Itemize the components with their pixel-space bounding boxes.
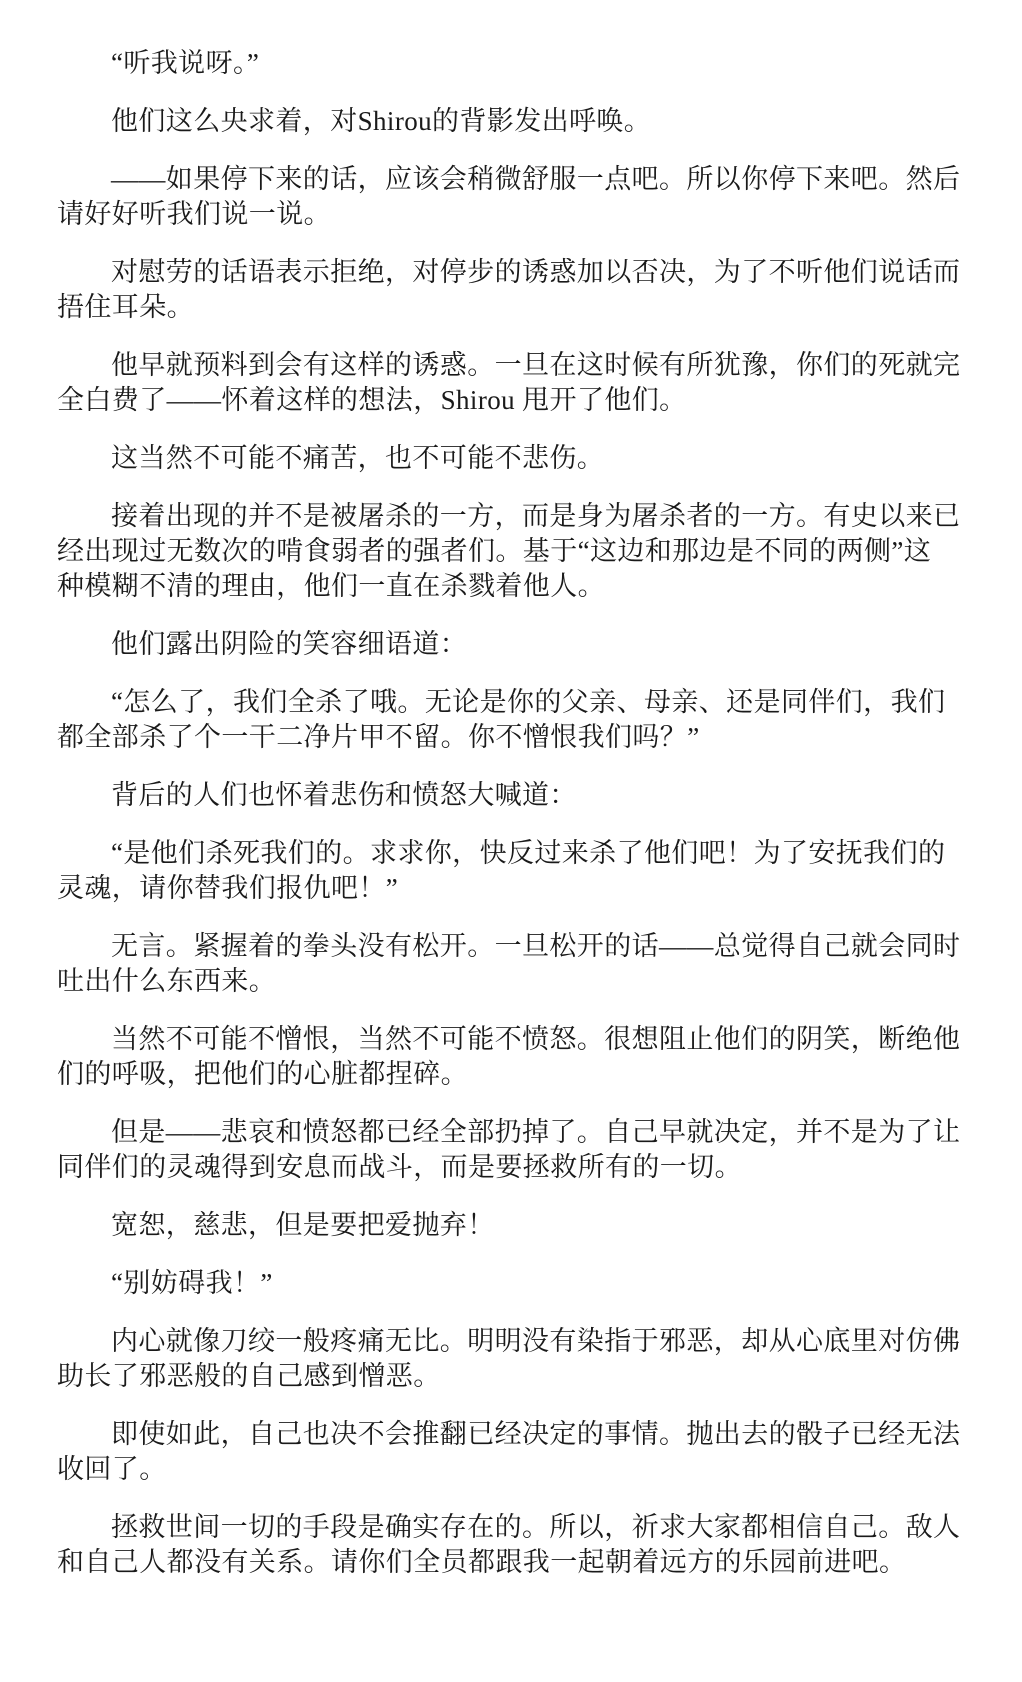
text-line: 这当然不可能不痛苦，也不可能不悲伤。 — [57, 441, 965, 476]
paragraph: 这当然不可能不痛苦，也不可能不悲伤。 — [57, 441, 965, 476]
paragraph: 无言。紧握着的拳头没有松开。一旦松开的话——总觉得自己就会同时 吐出什么东西来。 — [57, 929, 965, 999]
page: { "page": { "width_px": 1022, "height_px… — [0, 0, 1022, 1682]
paragraph: 即使如此，自己也决不会推翻已经决定的事情。抛出去的骰子已经无法 收回了。 — [57, 1417, 965, 1487]
text-line: “怎么了，我们全杀了哦。无论是你的父亲、母亲、还是同伴们，我们 — [57, 685, 965, 720]
text-line: 当然不可能不憎恨，当然不可能不愤怒。很想阻止他们的阴笑，断绝他 — [57, 1022, 965, 1057]
text-line: 他们这么央求着，对Shirou的背影发出呼唤。 — [57, 104, 965, 139]
paragraph: 当然不可能不憎恨，当然不可能不愤怒。很想阻止他们的阴笑，断绝他 们的呼吸，把他们… — [57, 1022, 965, 1092]
text-line: 和自己人都没有关系。请你们全员都跟我一起朝着远方的乐园前进吧。 — [57, 1545, 965, 1580]
text-line: 收回了。 — [57, 1452, 965, 1487]
paragraph: 内心就像刀绞一般疼痛无比。明明没有染指于邪恶，却从心底里对仿佛 助长了邪恶般的自… — [57, 1324, 965, 1394]
paragraph: 他们露出阴险的笑容细语道： — [57, 627, 965, 662]
paragraph: 拯救世间一切的手段是确实存在的。所以，祈求大家都相信自己。敌人 和自己人都没有关… — [57, 1510, 965, 1580]
text-line: 助长了邪恶般的自己感到憎恶。 — [57, 1359, 965, 1394]
paragraph: 背后的人们也怀着悲伤和愤怒大喊道： — [57, 778, 965, 813]
novel-text-page: “听我说呀。” 他们这么央求着，对Shirou的背影发出呼唤。 ——如果停下来的… — [0, 0, 1022, 1682]
text-line: 灵魂，请你替我们报仇吧！” — [57, 871, 965, 906]
text-line: 即使如此，自己也决不会推翻已经决定的事情。抛出去的骰子已经无法 — [57, 1417, 965, 1452]
text-line: “别妨碍我！” — [57, 1266, 965, 1301]
text-line: 他早就预料到会有这样的诱惑。一旦在这时候有所犹豫，你们的死就完 — [57, 348, 965, 383]
paragraph: 接着出现的并不是被屠杀的一方，而是身为屠杀者的一方。有史以来已 经出现过无数次的… — [57, 499, 965, 604]
paragraph: ——如果停下来的话，应该会稍微舒服一点吧。所以你停下来吧。然后 请好好听我们说一… — [57, 162, 965, 232]
paragraph: “是他们杀死我们的。求求你，快反过来杀了他们吧！为了安抚我们的 灵魂，请你替我们… — [57, 836, 965, 906]
paragraph: “怎么了，我们全杀了哦。无论是你的父亲、母亲、还是同伴们，我们 都全部杀了个一干… — [57, 685, 965, 755]
paragraph: 对慰劳的话语表示拒绝，对停步的诱惑加以否决，为了不听他们说话而 捂住耳朵。 — [57, 255, 965, 325]
text-line: 吐出什么东西来。 — [57, 964, 965, 999]
text-line: 宽恕，慈悲，但是要把爱抛弃！ — [57, 1208, 965, 1243]
text-line: 背后的人们也怀着悲伤和愤怒大喊道： — [57, 778, 965, 813]
text-line: 们的呼吸，把他们的心脏都捏碎。 — [57, 1057, 965, 1092]
paragraph: 他早就预料到会有这样的诱惑。一旦在这时候有所犹豫，你们的死就完 全白费了——怀着… — [57, 348, 965, 418]
text-line: “听我说呀。” — [57, 46, 965, 81]
text-line: 捂住耳朵。 — [57, 290, 965, 325]
paragraph: 他们这么央求着，对Shirou的背影发出呼唤。 — [57, 104, 965, 139]
paragraph: “听我说呀。” — [57, 46, 965, 81]
text-line: 接着出现的并不是被屠杀的一方，而是身为屠杀者的一方。有史以来已 — [57, 499, 965, 534]
text-line: 全白费了——怀着这样的想法，Shirou 甩开了他们。 — [57, 383, 965, 418]
text-line: 但是——悲哀和愤怒都已经全部扔掉了。自己早就决定，并不是为了让 — [57, 1115, 965, 1150]
text-line: 同伴们的灵魂得到安息而战斗，而是要拯救所有的一切。 — [57, 1150, 965, 1185]
text-line: “是他们杀死我们的。求求你，快反过来杀了他们吧！为了安抚我们的 — [57, 836, 965, 871]
text-line: 他们露出阴险的笑容细语道： — [57, 627, 965, 662]
text-line: ——如果停下来的话，应该会稍微舒服一点吧。所以你停下来吧。然后 — [57, 162, 965, 197]
text-line: 请好好听我们说一说。 — [57, 197, 965, 232]
text-line: 都全部杀了个一干二净片甲不留。你不憎恨我们吗？” — [57, 720, 965, 755]
text-line: 种模糊不清的理由，他们一直在杀戮着他人。 — [57, 569, 965, 604]
paragraph: 宽恕，慈悲，但是要把爱抛弃！ — [57, 1208, 965, 1243]
text-line: 无言。紧握着的拳头没有松开。一旦松开的话——总觉得自己就会同时 — [57, 929, 965, 964]
text-line: 拯救世间一切的手段是确实存在的。所以，祈求大家都相信自己。敌人 — [57, 1510, 965, 1545]
text-line: 经出现过无数次的啃食弱者的强者们。基于“这边和那边是不同的两侧”这 — [57, 534, 965, 569]
paragraph: “别妨碍我！” — [57, 1266, 965, 1301]
paragraph: 但是——悲哀和愤怒都已经全部扔掉了。自己早就决定，并不是为了让 同伴们的灵魂得到… — [57, 1115, 965, 1185]
text-line: 对慰劳的话语表示拒绝，对停步的诱惑加以否决，为了不听他们说话而 — [57, 255, 965, 290]
text-line: 内心就像刀绞一般疼痛无比。明明没有染指于邪恶，却从心底里对仿佛 — [57, 1324, 965, 1359]
